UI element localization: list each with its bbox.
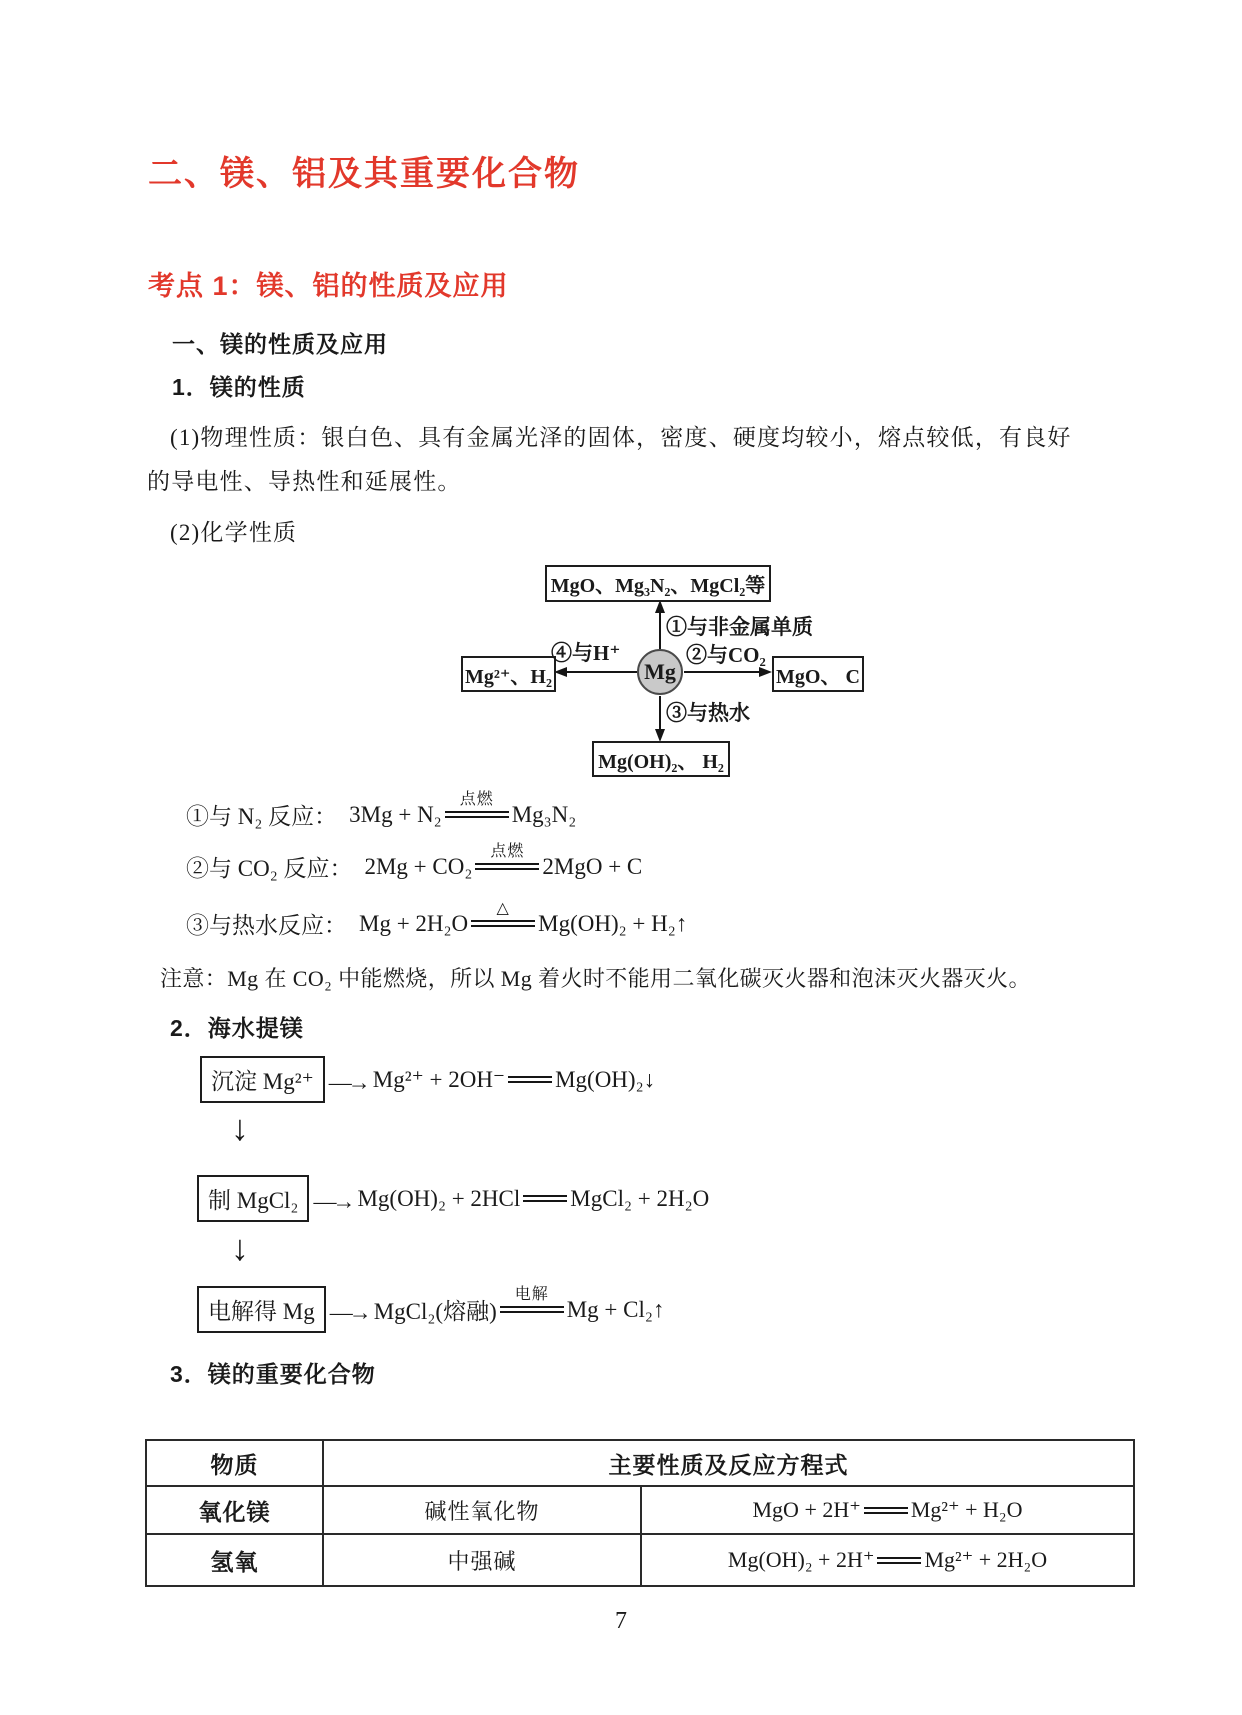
page-title: 二、镁、铝及其重要化合物 [148,146,580,195]
diagram-label-hot-water: ③与热水 [666,697,750,727]
equation-3-equals: △ [471,920,535,927]
equation-1-condition: 点燃 [460,786,494,809]
table-row-mgoh2: 氢氧 中强碱 Mg(OH)₂ + 2H⁺Mg²⁺ + 2H₂O [146,1534,1134,1586]
table-cell-equation: MgO + 2H⁺Mg²⁺ + H₂O [641,1486,1134,1534]
equation-2-left: 2Mg + CO₂ [364,854,472,880]
flow-box-precipitate: 沉淀 Mg²⁺ [200,1056,325,1103]
flow-eq-3-left: MgCl₂(熔融) [374,1293,497,1326]
flow-eq-3-right: Mg + Cl₂↑ [567,1297,665,1323]
flow-right-arrow-icon: —→ [313,1189,351,1215]
flow-eq-1-right: Mg(OH)₂↓ [555,1067,655,1093]
equation-2-condition: 点燃 [490,838,524,861]
flow-right-arrow-icon: —→ [330,1300,368,1326]
flow-step-mgcl2: 制 MgCl₂ —→ Mg(OH)₂ + 2HCl MgCl₂ + 2H₂O [197,1175,709,1222]
flow-down-arrow-icon: ↓ [231,1110,249,1146]
diagram-label-co2: ②与CO₂ [686,639,766,669]
equation-2-right: 2MgO + C [542,854,642,880]
table-eq-1-right: Mg²⁺ + H₂O [911,1497,1023,1523]
equation-1-prefix: ①与 N₂ 反应： [186,798,337,831]
flow-equation-1: Mg²⁺ + 2OH⁻ Mg(OH)₂↓ [373,1067,655,1093]
flow-eq-1-left: Mg²⁺ + 2OH⁻ [373,1067,505,1093]
equation-1-right: Mg₃N₂ [512,802,577,828]
flow-eq-2-equals [523,1195,567,1202]
table-cell-property: 中强碱 [323,1534,641,1586]
compounds-table: 物质 主要性质及反应方程式 氧化镁 碱性氧化物 MgO + 2H⁺Mg²⁺ + … [145,1439,1135,1587]
flow-right-arrow-icon: —→ [329,1070,367,1096]
equation-2-prefix: ②与 CO₂ 反应： [186,850,352,883]
table-eq-1-left: MgO + 2H⁺ [753,1497,861,1523]
flow-equation-2: Mg(OH)₂ + 2HCl MgCl₂ + 2H₂O [357,1186,709,1212]
equation-1-left: 3Mg + N₂ [349,802,442,828]
diagram-label-nonmetal: ①与非金属单质 [666,611,813,641]
flow-eq-3-condition: 电解 [515,1281,549,1304]
equation-3-condition: △ [497,898,510,918]
flow-down-arrow-icon: ↓ [231,1230,249,1266]
flow-box-mgcl2: 制 MgCl₂ [197,1175,309,1222]
equation-3-prefix: ③与热水反应： [186,907,347,940]
diagram-label-h-plus: ④与H⁺ [551,637,620,667]
equation-3-right: Mg(OH)₂ + H₂↑ [538,911,687,937]
diagram-center-mg: Mg [637,649,683,695]
flow-equation-3: MgCl₂(熔融) 电解 Mg + Cl₂↑ [374,1293,665,1326]
paragraph-physical-properties-line2: 的导电性、导热性和延展性。 [147,463,462,496]
flow-eq-1-equals [508,1076,552,1083]
equation-line-2: ②与 CO₂ 反应： 2Mg + CO₂ 点燃 2MgO + C [186,850,642,883]
table-eq-2-left: Mg(OH)₂ + 2H⁺ [728,1547,875,1573]
equation-line-3: ③与热水反应： Mg + 2H₂O △ Mg(OH)₂ + H₂↑ [186,907,687,940]
flow-step-precipitate: 沉淀 Mg²⁺ —→ Mg²⁺ + 2OH⁻ Mg(OH)₂↓ [200,1056,655,1103]
table-header-row: 物质 主要性质及反应方程式 [146,1440,1134,1486]
equation-line-1: ①与 N₂ 反应： 3Mg + N₂ 点燃 Mg₃N₂ [186,798,576,831]
subsection-heading-mg-properties: 1．镁的性质 [172,369,306,402]
paragraph-physical-properties-line1: (1)物理性质：银白色、具有金属光泽的固体，密度、硬度均较小，熔点较低，有良好 [170,419,1072,452]
table-cell-property: 碱性氧化物 [323,1486,641,1534]
equation-1-equals: 点燃 [445,811,509,818]
equation-3-left: Mg + 2H₂O [359,911,468,937]
subsection-heading-mg-properties-application: 一、镁的性质及应用 [172,326,388,359]
diagram-box-left: Mg²⁺、H₂ [461,656,556,692]
diagram-box-right: MgO、 C [772,656,864,692]
document-page: 二、镁、铝及其重要化合物 考点 1：镁、铝的性质及应用 一、镁的性质及应用 1．… [0,0,1242,1715]
paragraph-chemical-properties-label: (2)化学性质 [170,514,297,547]
flow-eq-2-left: Mg(OH)₂ + 2HCl [357,1186,520,1212]
section-heading-kaodian: 考点 1：镁、铝的性质及应用 [148,264,509,303]
flow-step-electrolysis: 电解得 Mg —→ MgCl₂(熔融) 电解 Mg + Cl₂↑ [197,1286,664,1333]
note-line: 注意：Mg 在 CO₂ 中能燃烧，所以 Mg 着火时不能用二氧化碳灭火器和泡沫灭… [160,962,1031,993]
table-eq-1-equals [864,1507,908,1514]
table-header-substance: 物质 [146,1440,323,1486]
flow-eq-2-right: MgCl₂ + 2H₂O [570,1186,709,1212]
diagram-box-top: MgO、Mg₃N₂、MgCl₂等 [545,565,771,602]
table-eq-2-equals [877,1557,921,1564]
flow-box-electrolysis: 电解得 Mg [197,1286,326,1333]
table-cell-substance: 氧化镁 [146,1486,323,1534]
table-row-mgo: 氧化镁 碱性氧化物 MgO + 2H⁺Mg²⁺ + H₂O [146,1486,1134,1534]
equation-2-equals: 点燃 [475,863,539,870]
table-cell-substance: 氢氧 [146,1534,323,1586]
subsection-heading-seawater-mg: 2．海水提镁 [170,1010,304,1043]
diagram-box-bottom: Mg(OH)₂、 H₂ [592,741,730,777]
flow-eq-3-equals: 电解 [500,1306,564,1313]
page-number: 7 [0,1608,1242,1635]
table-cell-equation: Mg(OH)₂ + 2H⁺Mg²⁺ + 2H₂O [641,1534,1134,1586]
table-eq-2-right: Mg²⁺ + 2H₂O [924,1547,1047,1573]
table-header-main: 主要性质及反应方程式 [323,1440,1134,1486]
subsection-heading-mg-compounds: 3．镁的重要化合物 [170,1356,376,1389]
